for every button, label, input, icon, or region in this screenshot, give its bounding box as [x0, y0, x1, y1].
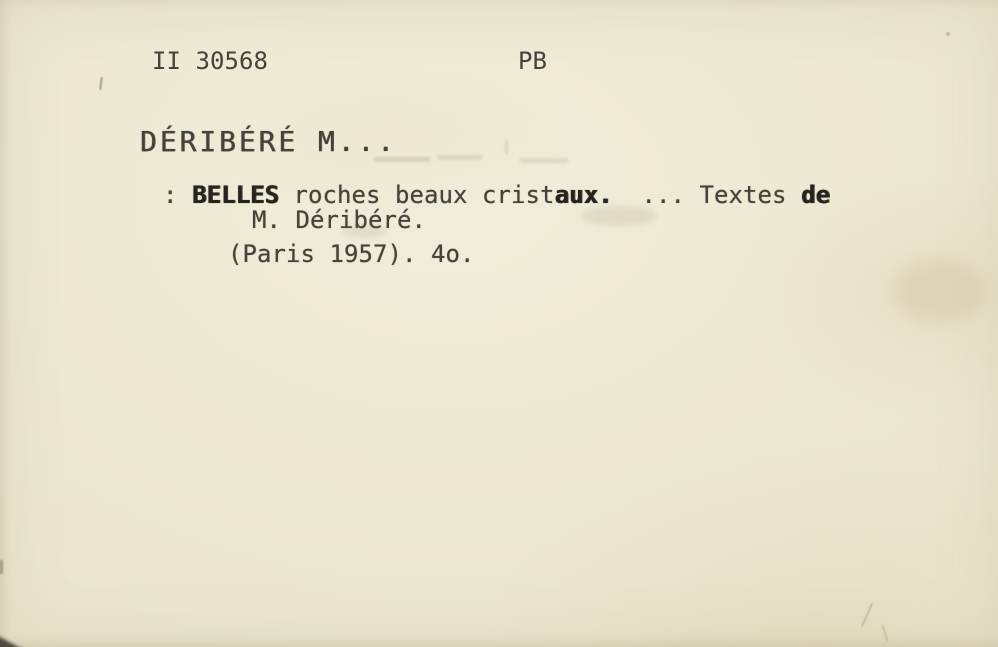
- imprint-line: (Paris 1957). 4o.: [228, 240, 475, 268]
- text-segment: (Paris 1957). 4o.: [228, 240, 475, 268]
- erased-mark: [438, 155, 482, 160]
- text-segment: de: [801, 181, 830, 209]
- erased-mark: [520, 158, 568, 163]
- text-segment: roches beaux crist: [279, 181, 555, 209]
- paper-fiber: [881, 624, 888, 642]
- corner-shadow: [0, 634, 28, 647]
- title-line-1: : BELLES roches beaux cristaux. ... Text…: [163, 181, 830, 209]
- text-segment: BELLES: [192, 181, 279, 209]
- author-heading: DÉRIBÉRÉ M...: [140, 126, 397, 158]
- erased-mark: [505, 140, 508, 154]
- catalog-card: II 30568 PB DÉRIBÉRÉ M... : BELLES roche…: [0, 0, 998, 647]
- paper-fiber: [99, 77, 103, 90]
- text-segment: ... Textes: [613, 181, 802, 209]
- title-line-2: M. Déribéré.: [252, 206, 426, 234]
- call-number: II 30568: [152, 47, 268, 75]
- edge-mark: [0, 560, 3, 574]
- paper-speck: [946, 32, 950, 36]
- collection-code: PB: [518, 47, 547, 75]
- paper-fiber: [861, 603, 873, 628]
- text-segment: :: [163, 181, 192, 209]
- paper-stain: [893, 258, 985, 324]
- text-segment: DÉRIBÉRÉ M...: [140, 125, 397, 158]
- text-segment: M. Déribéré.: [252, 206, 426, 234]
- text-segment: aux.: [555, 181, 613, 209]
- ink-smudge: [582, 206, 656, 226]
